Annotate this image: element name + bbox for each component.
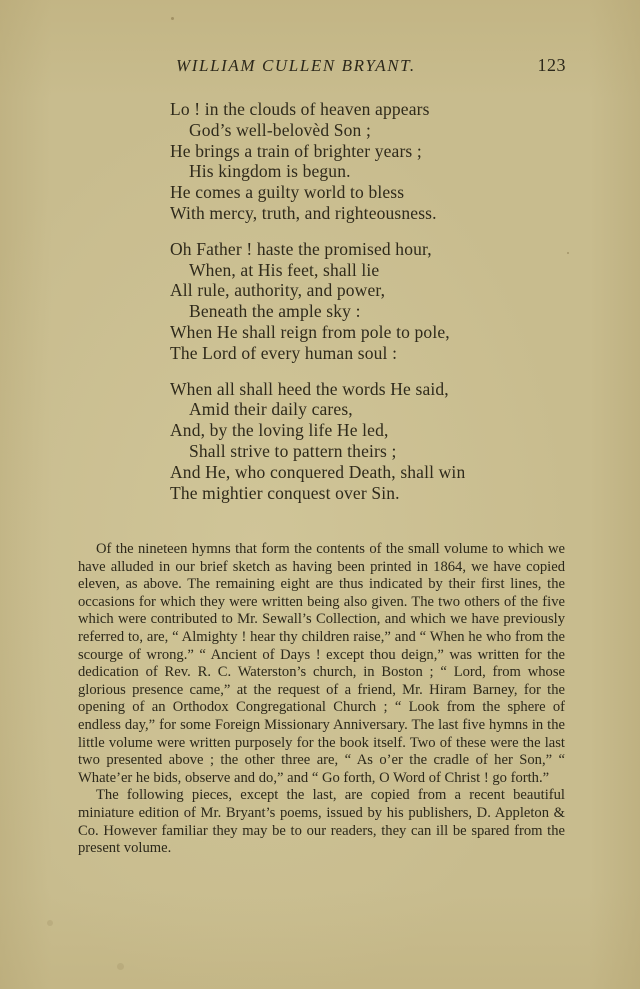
verse-line: When, at His feet, shall lie bbox=[170, 260, 530, 281]
verse-line: When He shall reign from pole to pole, bbox=[170, 322, 530, 343]
stanza-1: Lo ! in the clouds of heaven appears God… bbox=[170, 99, 530, 224]
page-number: 123 bbox=[538, 55, 567, 76]
verse-line: All rule, authority, and power, bbox=[170, 280, 530, 301]
verse-line: Lo ! in the clouds of heaven appears bbox=[170, 99, 530, 120]
verse-line: His kingdom is begun. bbox=[170, 161, 530, 182]
verse-line: Amid their daily cares, bbox=[170, 399, 530, 420]
paper-speck bbox=[171, 17, 174, 20]
verse-line: Shall strive to pattern theirs ; bbox=[170, 441, 530, 462]
paper-speck bbox=[47, 920, 53, 926]
verse-line: He brings a train of brighter years ; bbox=[170, 141, 530, 162]
verse-line: The Lord of every human soul : bbox=[170, 343, 530, 364]
verse-line: And, by the loving life He led, bbox=[170, 420, 530, 441]
book-page: WILLIAM CULLEN BRYANT. 123 Lo ! in the c… bbox=[0, 0, 640, 989]
stanza-2: Oh Father ! haste the promised hour, Whe… bbox=[170, 239, 530, 364]
verse-line: And He, who conquered Death, shall win bbox=[170, 462, 530, 483]
running-head: WILLIAM CULLEN BRYANT. 123 bbox=[176, 56, 566, 82]
verse-line: When all shall heed the words He said, bbox=[170, 379, 530, 400]
verse-line: He comes a guilty world to bless bbox=[170, 182, 530, 203]
verse-line: Oh Father ! haste the promised hour, bbox=[170, 239, 530, 260]
paragraph-following-pieces: The following pieces, except the last, a… bbox=[78, 787, 565, 857]
running-title: WILLIAM CULLEN BRYANT. bbox=[176, 56, 416, 76]
stanza-3: When all shall heed the words He said, A… bbox=[170, 379, 530, 504]
verse-line: The mightier conquest over Sin. bbox=[170, 483, 530, 504]
verse-line: Beneath the ample sky : bbox=[170, 301, 530, 322]
commentary-text: Of the nineteen hymns that form the cont… bbox=[78, 541, 565, 858]
verse-line: With mercy, truth, and righteousness. bbox=[170, 203, 530, 224]
paragraph-hymns-account: Of the nineteen hymns that form the cont… bbox=[78, 541, 565, 787]
verse-line: God’s well-belovèd Son ; bbox=[170, 120, 530, 141]
paper-speck bbox=[117, 963, 124, 970]
hymn-poem: Lo ! in the clouds of heaven appears God… bbox=[170, 99, 530, 518]
paper-speck bbox=[567, 252, 569, 254]
